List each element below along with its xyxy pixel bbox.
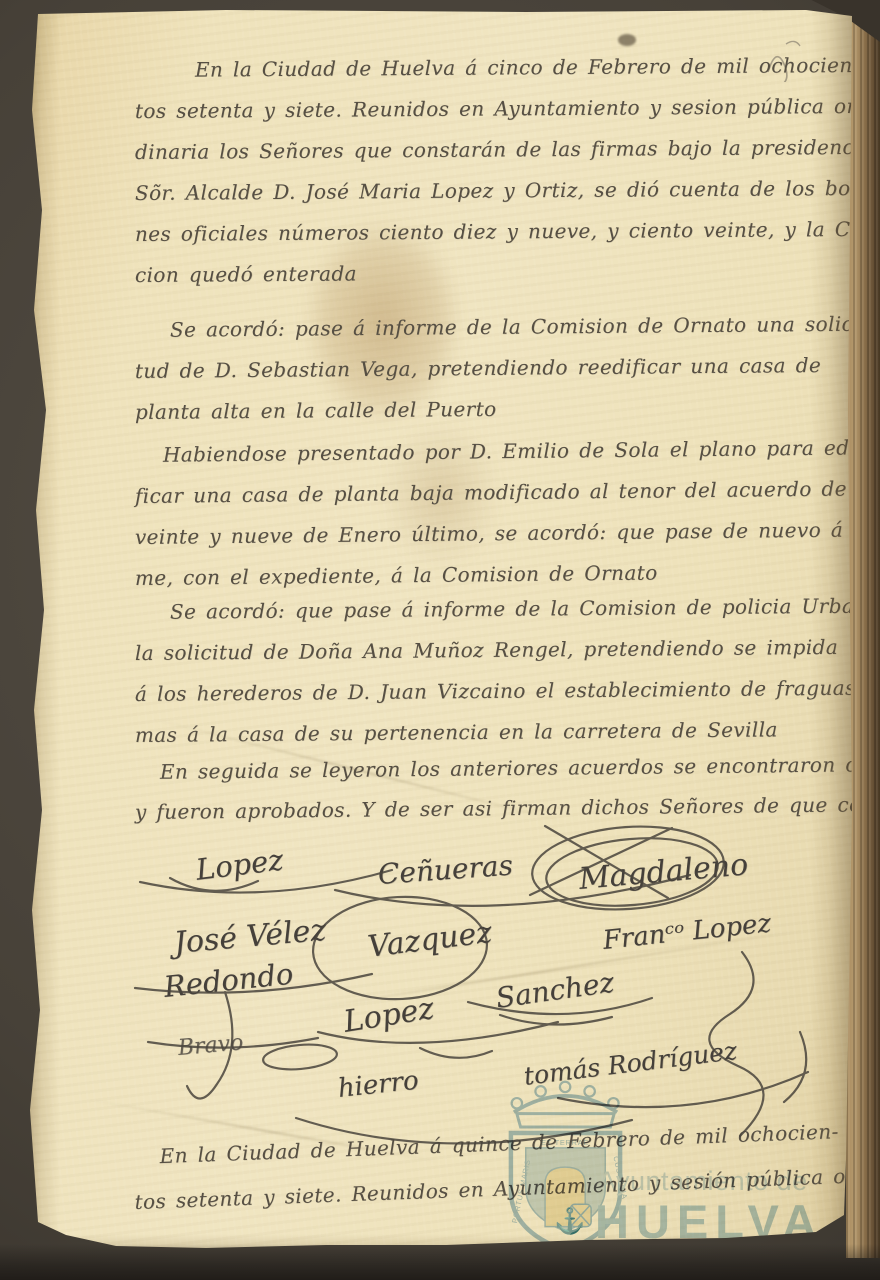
manuscript-paragraph: En la Ciudad de Huelva á cinco de Febrer… [135, 58, 852, 304]
manuscript-line: cion quedó enterada [135, 258, 852, 304]
signature: Redondo [162, 957, 295, 1004]
manuscript-line: nes oficiales números ciento diez y nuev… [135, 217, 852, 263]
manuscript-line: dinaria los Señores que constarán de las… [135, 135, 852, 181]
signature: tomás Rodríguez [522, 1036, 738, 1091]
signature: Bravo [177, 1030, 244, 1061]
signature: José Vélez [172, 913, 327, 961]
manuscript-paragraph: Se acordó: pase á informe de la Comision… [135, 318, 852, 441]
signature: Lopez [194, 842, 285, 886]
signature: hierro [336, 1066, 420, 1104]
manuscript-line: y fueron aprobados. Y de ser asi firman … [135, 792, 852, 840]
manuscript-line: tud de D. Sebastian Vega, pretendiendo r… [135, 353, 852, 400]
signature: Lopez [341, 991, 436, 1040]
book-page-stack-edge [846, 8, 880, 1258]
manuscript-line: En la Ciudad de Huelva á cinco de Febrer… [135, 53, 852, 99]
signature: Sanchez [494, 966, 616, 1015]
signature: Magdaleno [577, 847, 749, 897]
manuscript-line: Sõr. Alcalde D. José Maria Lopez y Ortiz… [135, 176, 852, 222]
manuscript-line: Se acordó: pase á informe de la Comision… [135, 312, 852, 359]
scanned-book-photo: En la Ciudad de Huelva á cinco de Febrer… [0, 0, 880, 1280]
manuscript-paragraph: Habiendose presentado por D. Emilio de S… [135, 443, 852, 607]
manuscript-line: tos setenta y siete. Reunidos en Ayuntam… [135, 94, 852, 140]
signature: Ceñueras [377, 849, 514, 891]
backdrop-shadow [0, 1244, 880, 1280]
manuscript-line: Se acordó: que pase á informe de la Comi… [135, 594, 852, 641]
page-edge-shade [810, 10, 852, 1260]
manuscript-line: la solicitud de Doña Ana Muñoz Rengel, p… [135, 635, 852, 682]
manuscript-text: En la Ciudad de Huelva á cinco de Febrer… [26, 10, 852, 1260]
manuscript-line: planta alta en la calle del Puerto [135, 394, 852, 441]
signature: Vazquez [366, 915, 494, 965]
manuscript-page: En la Ciudad de Huelva á cinco de Febrer… [26, 10, 852, 1260]
manuscript-line: á los herederos de D. Juan Vizcaino el e… [135, 676, 852, 723]
manuscript-paragraph: En seguida se leyeron los anteriores acu… [135, 760, 852, 800]
manuscript-paragraph: En la Ciudad de Huelva á quince de Febre… [135, 1145, 852, 1235]
manuscript-paragraph: Se acordó: que pase á informe de la Comi… [135, 600, 852, 764]
signature: Franᶜᵒ Lopez [601, 908, 772, 955]
